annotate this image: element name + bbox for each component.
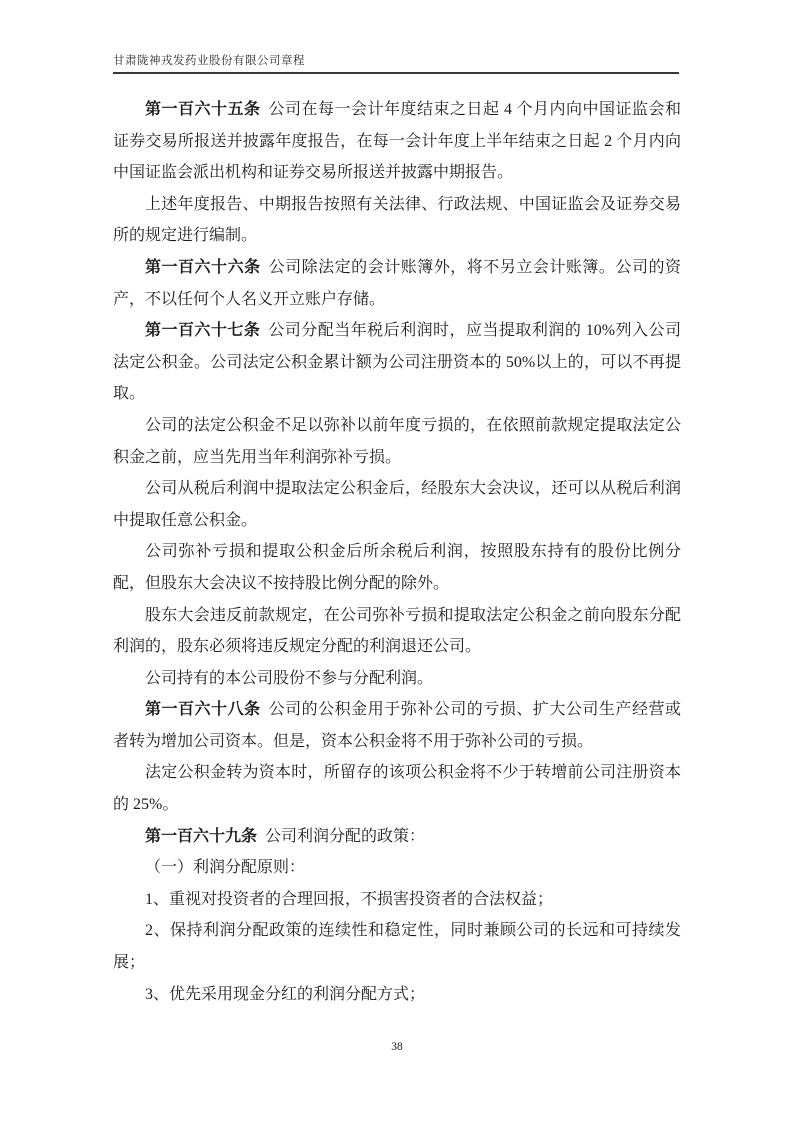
article-number: 第一百六十九条	[145, 828, 257, 845]
paragraph-text: 法定公积金转为资本时，所留存的该项公积金将不少于转增前公司注册资本的 25%。	[113, 764, 681, 813]
page-header: 甘肃陇神戎发药业股份有限公司章程	[113, 52, 679, 74]
header-rule	[113, 72, 679, 74]
paragraph-text: 公司的法定公积金不足以弥补以前年度亏损的，在依照前款规定提取法定公积金之前，应当…	[113, 417, 681, 466]
paragraph: 第一百六十七条公司分配当年税后利润时，应当提取利润的 10%列入公司法定公积金。…	[113, 315, 681, 410]
paragraph-text: 公司从税后利润中提取法定公积金后，经股东大会决议，还可以从税后利润中提取任意公积…	[113, 480, 681, 529]
paragraph-text: 公司弥补亏损和提取公积金后所余税后利润，按照股东持有的股份比例分配，但股东大会决…	[113, 543, 681, 592]
paragraph: 第一百六十八条公司的公积金用于弥补公司的亏损、扩大公司生产经营或者转为增加公司资…	[113, 694, 681, 757]
paragraph-text: 1、重视对投资者的合理回报，不损害投资者的合法权益；	[145, 891, 553, 908]
paragraph: 公司弥补亏损和提取公积金后所余税后利润，按照股东持有的股份比例分配，但股东大会决…	[113, 536, 681, 599]
document-body: 第一百六十五条公司在每一会计年度结束之日起 4 个月内向中国证监会和证券交易所报…	[113, 94, 681, 1010]
paragraph-text: 公司持有的本公司股份不参与分配利润。	[145, 670, 433, 687]
paragraph: （一）利润分配原则：	[113, 852, 681, 884]
page-footer: 38	[0, 1037, 794, 1055]
paragraph: 公司从税后利润中提取法定公积金后，经股东大会决议，还可以从税后利润中提取任意公积…	[113, 473, 681, 536]
paragraph: 上述年度报告、中期报告按照有关法律、行政法规、中国证监会及证券交易所的规定进行编…	[113, 189, 681, 252]
article-number: 第一百六十五条	[145, 101, 261, 118]
article-number: 第一百六十七条	[145, 322, 260, 339]
paragraph-text: 3、优先采用现金分红的利润分配方式；	[145, 986, 425, 1003]
document-page: 甘肃陇神戎发药业股份有限公司章程 第一百六十五条公司在每一会计年度结束之日起 4…	[0, 0, 794, 1122]
paragraph-text: （一）利润分配原则：	[145, 859, 305, 876]
paragraph: 公司持有的本公司股份不参与分配利润。	[113, 663, 681, 695]
paragraph: 股东大会违反前款规定，在公司弥补亏损和提取法定公积金之前向股东分配利润的，股东必…	[113, 600, 681, 663]
paragraph: 1、重视对投资者的合理回报，不损害投资者的合法权益；	[113, 884, 681, 916]
paragraph: 法定公积金转为资本时，所留存的该项公积金将不少于转增前公司注册资本的 25%。	[113, 757, 681, 820]
paragraph-text: 2、保持利润分配政策的连续性和稳定性，同时兼顾公司的长远和可持续发展；	[113, 922, 681, 971]
paragraph-text: 股东大会违反前款规定，在公司弥补亏损和提取法定公积金之前向股东分配利润的，股东必…	[113, 607, 681, 656]
paragraph-text: 公司利润分配的政策：	[265, 828, 425, 845]
article-number: 第一百六十八条	[145, 701, 261, 718]
paragraph: 公司的法定公积金不足以弥补以前年度亏损的，在依照前款规定提取法定公积金之前，应当…	[113, 410, 681, 473]
paragraph: 2、保持利润分配政策的连续性和稳定性，同时兼顾公司的长远和可持续发展；	[113, 915, 681, 978]
paragraph-text: 上述年度报告、中期报告按照有关法律、行政法规、中国证监会及证券交易所的规定进行编…	[113, 196, 681, 245]
paragraph: 3、优先采用现金分红的利润分配方式；	[113, 979, 681, 1011]
paragraph: 第一百六十五条公司在每一会计年度结束之日起 4 个月内向中国证监会和证券交易所报…	[113, 94, 681, 189]
paragraph: 第一百六十九条公司利润分配的政策：	[113, 821, 681, 853]
header-title: 甘肃陇神戎发药业股份有限公司章程	[113, 52, 679, 72]
article-number: 第一百六十六条	[145, 259, 261, 276]
page-number: 38	[391, 1041, 403, 1053]
paragraph: 第一百六十六条公司除法定的会计账簿外，将不另立会计账簿。公司的资产，不以任何个人…	[113, 252, 681, 315]
